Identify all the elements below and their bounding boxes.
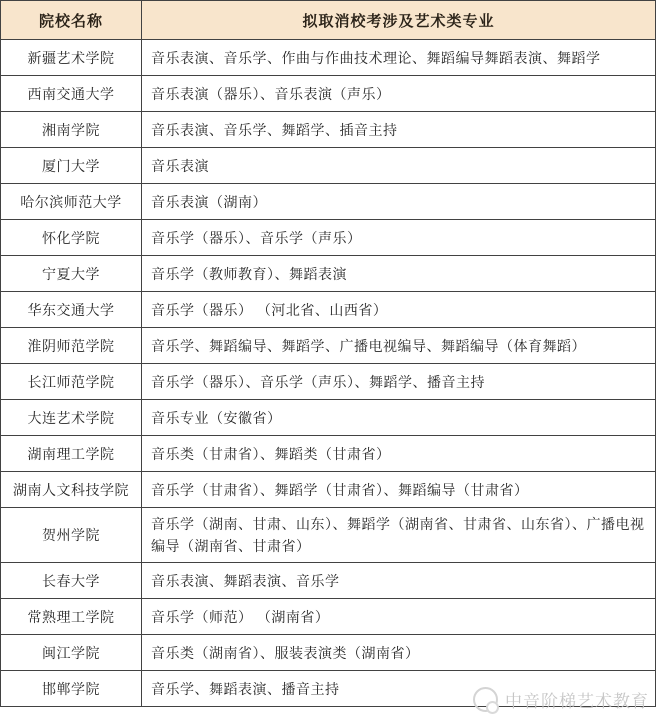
school-cell: 湖南人文科技学院 [1,472,142,508]
majors-cell: 音乐学（湖南、甘肃、山东）、舞蹈学（湖南省、甘肃省、山东省）、广播电视编导（湖南… [142,508,656,563]
table-row: 华东交通大学 音乐学（器乐） （河北省、山西省） [1,292,656,328]
majors-cell: 音乐学（器乐）、音乐学（声乐） [142,220,656,256]
majors-cell: 音乐类（湖南省）、服装表演类（湖南省） [142,635,656,671]
school-cell: 闽江学院 [1,635,142,671]
majors-cell: 音乐学、舞蹈表演、播音主持 [142,671,656,707]
majors-cell: 音乐表演、音乐学、舞蹈学、插音主持 [142,112,656,148]
majors-cell: 音乐表演、舞蹈表演、音乐学 [142,563,656,599]
majors-cell: 音乐学（教师教育）、舞蹈表演 [142,256,656,292]
table-row: 湖南理工学院 音乐类（甘肃省）、舞蹈类（甘肃省） [1,436,656,472]
table-row: 厦门大学 音乐表演 [1,148,656,184]
table-row: 宁夏大学 音乐学（教师教育）、舞蹈表演 [1,256,656,292]
table-row: 哈尔滨师范大学 音乐表演（湖南） [1,184,656,220]
school-cell: 宁夏大学 [1,256,142,292]
school-cell: 湖南理工学院 [1,436,142,472]
table-body: 新疆艺术学院 音乐表演、音乐学、作曲与作曲技术理论、舞蹈编导舞蹈表演、舞蹈学 西… [1,40,656,707]
school-cell: 长春大学 [1,563,142,599]
schools-table: 院校名称 拟取消校考涉及艺术类专业 新疆艺术学院 音乐表演、音乐学、作曲与作曲技… [0,0,656,707]
majors-cell: 音乐学（甘肃省）、舞蹈学（甘肃省）、舞蹈编导（甘肃省） [142,472,656,508]
school-cell: 邯郸学院 [1,671,142,707]
table-row: 邯郸学院 音乐学、舞蹈表演、播音主持 [1,671,656,707]
school-cell: 大连艺术学院 [1,400,142,436]
school-cell: 常熟理工学院 [1,599,142,635]
school-cell: 西南交通大学 [1,76,142,112]
school-cell: 贺州学院 [1,508,142,563]
majors-cell: 音乐专业（安徽省） [142,400,656,436]
school-cell: 湘南学院 [1,112,142,148]
school-cell: 华东交通大学 [1,292,142,328]
majors-cell: 音乐学（器乐）、音乐学（声乐）、舞蹈学、播音主持 [142,364,656,400]
majors-cell: 音乐学（器乐） （河北省、山西省） [142,292,656,328]
table-row: 湖南人文科技学院 音乐学（甘肃省）、舞蹈学（甘肃省）、舞蹈编导（甘肃省） [1,472,656,508]
school-cell: 新疆艺术学院 [1,40,142,76]
school-cell: 长江师范学院 [1,364,142,400]
school-cell: 怀化学院 [1,220,142,256]
table-row: 贺州学院 音乐学（湖南、甘肃、山东）、舞蹈学（湖南省、甘肃省、山东省）、广播电视… [1,508,656,563]
table-row: 湘南学院 音乐表演、音乐学、舞蹈学、插音主持 [1,112,656,148]
school-cell: 哈尔滨师范大学 [1,184,142,220]
majors-cell: 音乐表演、音乐学、作曲与作曲技术理论、舞蹈编导舞蹈表演、舞蹈学 [142,40,656,76]
school-cell: 淮阴师范学院 [1,328,142,364]
header-row: 院校名称 拟取消校考涉及艺术类专业 [1,1,656,40]
table-row: 长江师范学院 音乐学（器乐）、音乐学（声乐）、舞蹈学、播音主持 [1,364,656,400]
majors-cell: 音乐表演 [142,148,656,184]
school-cell: 厦门大学 [1,148,142,184]
header-school-name: 院校名称 [1,1,142,40]
table-row: 怀化学院 音乐学（器乐）、音乐学（声乐） [1,220,656,256]
table-row: 西南交通大学 音乐表演（器乐）、音乐表演（声乐） [1,76,656,112]
page: { "colors": { "header_bg": "#f8e5cc", "b… [0,0,656,721]
table-row: 大连艺术学院 音乐专业（安徽省） [1,400,656,436]
table-row: 常熟理工学院 音乐学（师范） （湖南省） [1,599,656,635]
majors-cell: 音乐学、舞蹈编导、舞蹈学、广播电视编导、舞蹈编导（体育舞蹈） [142,328,656,364]
majors-cell: 音乐类（甘肃省）、舞蹈类（甘肃省） [142,436,656,472]
table-row: 长春大学 音乐表演、舞蹈表演、音乐学 [1,563,656,599]
header-cancelled-majors: 拟取消校考涉及艺术类专业 [142,1,656,40]
table-row: 淮阴师范学院 音乐学、舞蹈编导、舞蹈学、广播电视编导、舞蹈编导（体育舞蹈） [1,328,656,364]
table-row: 闽江学院 音乐类（湖南省）、服装表演类（湖南省） [1,635,656,671]
majors-cell: 音乐表演（湖南） [142,184,656,220]
majors-cell: 音乐表演（器乐）、音乐表演（声乐） [142,76,656,112]
table-row: 新疆艺术学院 音乐表演、音乐学、作曲与作曲技术理论、舞蹈编导舞蹈表演、舞蹈学 [1,40,656,76]
majors-cell: 音乐学（师范） （湖南省） [142,599,656,635]
